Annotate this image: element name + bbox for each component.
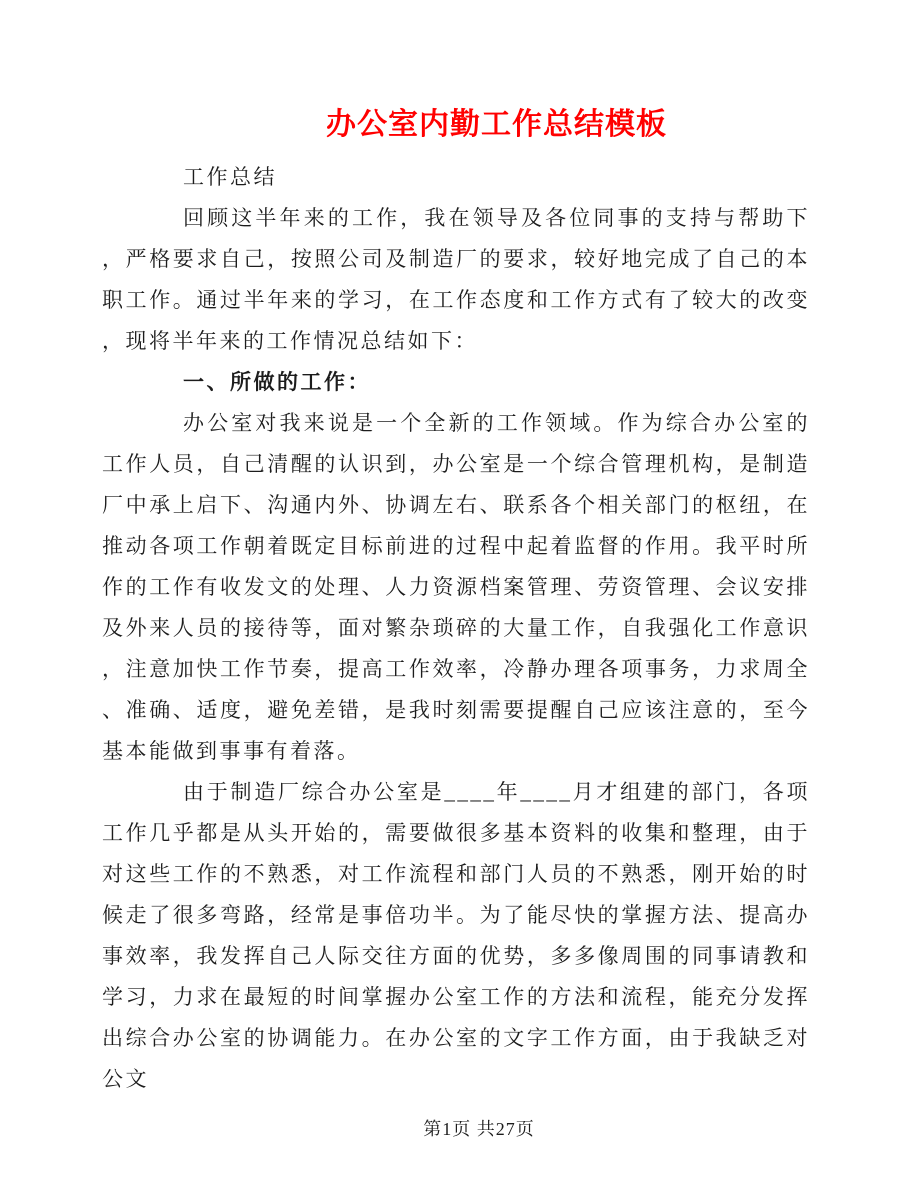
paragraph-overview: 回顾这半年来的工作，我在领导及各位同事的支持与帮助下，严格要求自己，按照公司及制…: [102, 198, 810, 362]
page-number: 第1页 共27页: [0, 1117, 920, 1141]
section-heading-work-done: 一、所做的工作：: [102, 362, 810, 403]
paragraph-department-setup: 由于制造厂综合办公室是____年____月才组建的部门，各项工作几乎都是从头开始…: [102, 772, 810, 1100]
intro-label: 工作总结: [102, 157, 810, 198]
document-page: 办公室内勤工作总结模板 工作总结 回顾这半年来的工作，我在领导及各位同事的支持与…: [0, 0, 920, 1191]
document-title: 办公室内勤工作总结模板: [102, 103, 810, 147]
paragraph-office-role: 办公室对我来说是一个全新的工作领域。作为综合办公室的工作人员，自己清醒的认识到，…: [102, 403, 810, 772]
